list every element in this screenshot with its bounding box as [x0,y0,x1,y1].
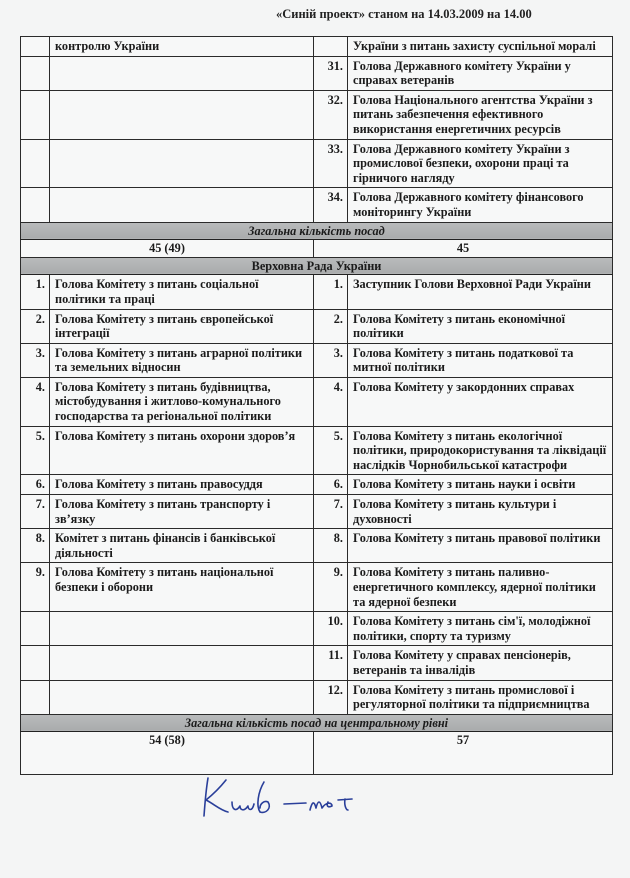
right-position: Голова Комітету з питань правової політи… [348,529,613,563]
left-position [50,612,314,646]
right-number: 9. [314,563,348,612]
central-total-section: Загальна кількість посад на центральному… [21,714,613,775]
left-number [21,646,50,680]
left-position: Голова Комітету з питань національної бе… [50,563,314,612]
table-row: 3.Голова Комітету з питань аграрної полі… [21,343,613,377]
rada-rows: 1.Голова Комітету з питань соціальної по… [21,275,613,714]
left-position: Голова Комітету з питань охорони здоров’… [50,426,314,475]
left-position: Голова Комітету з питань транспорту і зв… [50,495,314,529]
left-position: Голова Комітету з питань будівництва, мі… [50,377,314,426]
right-position: Голова Комітету з питань економічної пол… [348,309,613,343]
right-position: Голова Комітету у справах пенсіонерів, в… [348,646,613,680]
left-number: 8. [21,529,50,563]
positions-table: контролю УкраїниУкраїни з питань захисту… [20,36,613,775]
right-position: Голова Комітету з питань екологічної пол… [348,426,613,475]
right-position: Голова Комітету з питань паливно-енергет… [348,563,613,612]
left-number [21,188,50,222]
handwritten-note: Київ — нет [196,772,386,822]
table-row: 9.Голова Комітету з питань національної … [21,563,613,612]
table-row: 34.Голова Державного комітету фінансовог… [21,188,613,222]
table-row: 6.Голова Комітету з питань правосуддя6.Г… [21,475,613,495]
right-position: Голова Комітету з питань промислової і р… [348,680,613,714]
left-number [21,680,50,714]
table-row: 32.Голова Національного агентства Україн… [21,90,613,139]
table-row: 11.Голова Комітету у справах пенсіонерів… [21,646,613,680]
total-positions-label: Загальна кількість посад [21,222,613,240]
left-number: 7. [21,495,50,529]
table-row: 33.Голова Державного комітету України з … [21,139,613,188]
central-total-right-value: 57 [314,732,613,775]
right-position: Голова Комітету з питань науки і освіти [348,475,613,495]
left-number [21,37,50,57]
central-total-label: Загальна кількість посад на центральному… [21,714,613,732]
right-number: 4. [314,377,348,426]
table-row: 4.Голова Комітету з питань будівництва, … [21,377,613,426]
table-row: 2.Голова Комітету з питань європейської … [21,309,613,343]
total-right-value: 45 [314,240,613,258]
total-section: Загальна кількість посад 45 (49) 45 Верх… [21,222,613,275]
right-number: 7. [314,495,348,529]
left-number: 4. [21,377,50,426]
right-number: 2. [314,309,348,343]
right-position: Заступник Голови Верховної Ради України [348,275,613,309]
table-row: 8.Комітет з питань фінансів і банківсько… [21,529,613,563]
left-number [21,612,50,646]
left-position [50,90,314,139]
section-title-rada: Верховна Рада України [21,257,613,275]
right-number: 34. [314,188,348,222]
table-row: 1.Голова Комітету з питань соціальної по… [21,275,613,309]
right-number: 33. [314,139,348,188]
left-number: 9. [21,563,50,612]
left-position [50,646,314,680]
left-number: 6. [21,475,50,495]
right-position: Голова Державного комітету фінансового м… [348,188,613,222]
table-row: 31.Голова Державного комітету України у … [21,56,613,90]
table-row: 7.Голова Комітету з питань транспорту і … [21,495,613,529]
left-number: 1. [21,275,50,309]
table-row: контролю УкраїниУкраїни з питань захисту… [21,37,613,57]
right-position: Голова Комітету з питань сім'ї, молодіжн… [348,612,613,646]
left-position [50,56,314,90]
right-position: Голова Комітету з питань податкової та м… [348,343,613,377]
document-header: «Синій проект» станом на 14.03.2009 на 1… [0,7,630,22]
right-position: України з питань захисту суспільної мора… [348,37,613,57]
central-total-left-value: 54 (58) [21,732,314,775]
left-position: контролю України [50,37,314,57]
right-position: Голова Державного комітету України у спр… [348,56,613,90]
left-number: 2. [21,309,50,343]
table-row: 10.Голова Комітету з питань сім'ї, молод… [21,612,613,646]
left-position: Голова Комітету з питань аграрної політи… [50,343,314,377]
right-number [314,37,348,57]
left-number [21,90,50,139]
left-number: 3. [21,343,50,377]
left-position [50,188,314,222]
handwriting-signature-icon [196,772,386,822]
right-position: Голова Комітету з питань культури і духо… [348,495,613,529]
right-position: Голова Національного агентства України з… [348,90,613,139]
right-number: 12. [314,680,348,714]
left-position: Голова Комітету з питань соціальної полі… [50,275,314,309]
left-number [21,139,50,188]
left-position: Голова Комітету з питань європейської ін… [50,309,314,343]
left-number: 5. [21,426,50,475]
right-number: 3. [314,343,348,377]
left-position [50,680,314,714]
right-position: Голова Комітету у закордонних справах [348,377,613,426]
right-number: 8. [314,529,348,563]
right-number: 32. [314,90,348,139]
right-number: 6. [314,475,348,495]
right-number: 1. [314,275,348,309]
left-number [21,56,50,90]
total-left-value: 45 (49) [21,240,314,258]
table-row: 5.Голова Комітету з питань охорони здоро… [21,426,613,475]
right-number: 10. [314,612,348,646]
left-position: Голова Комітету з питань правосуддя [50,475,314,495]
right-number: 5. [314,426,348,475]
right-number: 31. [314,56,348,90]
right-number: 11. [314,646,348,680]
left-position: Комітет з питань фінансів і банківської … [50,529,314,563]
continued-rows: контролю УкраїниУкраїни з питань захисту… [21,37,613,223]
right-position: Голова Державного комітету України з про… [348,139,613,188]
table-row: 12.Голова Комітету з питань промислової … [21,680,613,714]
left-position [50,139,314,188]
